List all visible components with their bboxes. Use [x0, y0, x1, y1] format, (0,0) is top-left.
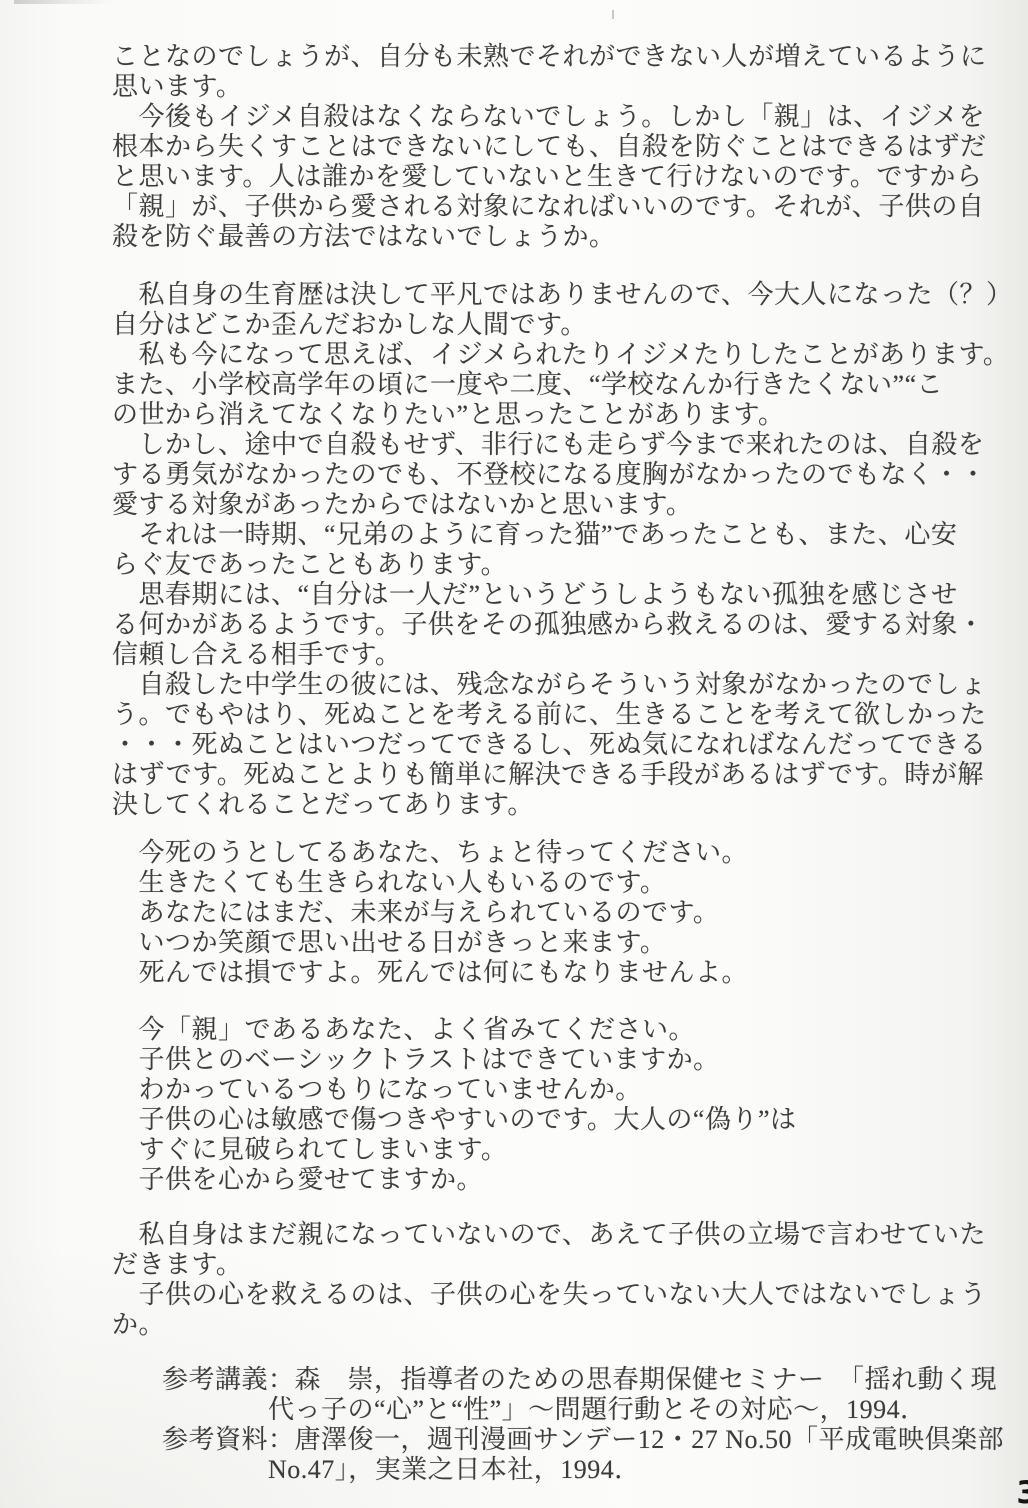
text-line: 殺を防ぐ最善の方法ではないでしょうか。 [112, 222, 1017, 252]
text-line: ことなのでしょうが、自分も未熟でそれができない人が増えているように [112, 42, 1017, 72]
scanned-page: ことなのでしょうが、自分も未熟でそれができない人が増えているように 思います。 … [0, 0, 1028, 1508]
text-line: か。 [112, 1310, 1017, 1340]
text-line: る何かがあるようです。子供をその孤独感から救えるのは、愛する対象・ [112, 610, 1017, 640]
references-block: 参考講義：森 崇，指導者のための思春期保健セミナー 「揺れ動く現 代っ子の“心”… [162, 1365, 1017, 1485]
text-line: 根本から失くすことはできないにしても、自殺を防ぐことはできるはずだ [112, 132, 1017, 162]
text-line: 子供の心を救えるのは、子供の心を失っていない大人ではないでしょう [112, 1280, 1017, 1310]
text-line: 子供を心から愛せてますか。 [112, 1165, 1017, 1195]
text-line: 私自身の生育歴は決して平凡ではありませんので、今大人になった（？） [112, 280, 1017, 310]
text-line: 決してくれることだってあります。 [112, 790, 1017, 820]
scan-artifact-tick [612, 10, 614, 19]
text-line: わかっているつもりになっていませんか。 [112, 1075, 1017, 1105]
closing-block: 私自身はまだ親になっていないので、あえて子供の立場で言わせていた だきます。 子… [112, 1220, 1017, 1340]
text-line: らぐ友であったこともあります。 [112, 550, 1017, 580]
text-line: 思春期には、“自分は一人だ”というどうしようもない孤独を感じさせ [112, 580, 1017, 610]
text-line: また、小学校高学年の頃に一度や二度、“学校なんか行きたくない”“こ [112, 370, 1017, 400]
text-line: 私自身はまだ親になっていないので、あえて子供の立場で言わせていた [112, 1220, 1017, 1250]
text-line: しかし、途中で自殺もせず、非行にも走らず今まで来れたのは、自殺を [112, 430, 1017, 460]
paragraph-block-1: ことなのでしょうが、自分も未熟でそれができない人が増えているように 思います。 … [112, 42, 1017, 252]
text-line: はずです。死ぬことよりも簡単に解決できる手段があるはずです。時が解 [112, 760, 1017, 790]
text-line: 子供とのベーシックトラストはできていますか。 [112, 1045, 1017, 1075]
text-line: の世から消えてなくなりたい”と思ったことがあります。 [112, 400, 1017, 430]
text-line: 自分はどこか歪んだおかしな人間です。 [112, 310, 1017, 340]
text-line: 死んでは損ですよ。死んでは何にもなりませんよ。 [112, 958, 1017, 988]
text-line: 今後もイジメ自殺はなくならないでしょう。しかし「親」は、イジメを [112, 102, 1017, 132]
text-line: 今死のうとしてるあなた、ちょと待ってください。 [112, 838, 1017, 868]
text-column: ことなのでしょうが、自分も未熟でそれができない人が増えているように 思います。 … [112, 42, 1017, 1485]
verse-block-to-parent: 今「親」であるあなた、よく省みてください。 子供とのベーシックトラストはできてい… [112, 1015, 1017, 1195]
text-line: 思います。 [112, 72, 1017, 102]
reference-line: 参考講義：森 崇，指導者のための思春期保健セミナー 「揺れ動く現 [162, 1365, 1017, 1395]
text-line: だきます。 [112, 1250, 1017, 1280]
reference-line: 代っ子の“心”と“性”」～問題行動とその対応～，1994． [162, 1395, 1017, 1425]
text-line: と思います。人は誰かを愛していないと生きて行けないのです。ですから [112, 162, 1017, 192]
text-line: それは一時期、“兄弟のように育った猫”であったことも、また、心安 [112, 520, 1017, 550]
scan-artifact-smudge [14, 0, 122, 4]
text-line: う。でもやはり、死ぬことを考える前に、生きることを考えて欲しかった [112, 700, 1017, 730]
text-line: 今「親」であるあなた、よく省みてください。 [112, 1015, 1017, 1045]
text-line: あなたにはまだ、未来が与えられているのです。 [112, 898, 1017, 928]
text-line: ・・・死ぬことはいつだってできるし、死ぬ気になればなんだってできる [112, 730, 1017, 760]
text-line: 子供の心は敏感で傷つきやすいのです。大人の“偽り”は [112, 1105, 1017, 1135]
text-line: 「親」が、子供から愛される対象になればいいのです。それが、子供の自 [112, 192, 1017, 222]
page-number: 3 [1016, 1475, 1028, 1508]
text-line: する勇気がなかったのでも、不登校になる度胸がなかったのでもなく・・ [112, 460, 1017, 490]
text-line: 愛する対象があったからではないかと思います。 [112, 490, 1017, 520]
text-line: 自殺した中学生の彼には、残念ながらそういう対象がなかったのでしょ [112, 670, 1017, 700]
text-line: いつか笑顔で思い出せる日がきっと来ます。 [112, 928, 1017, 958]
reference-line: 参考資料：唐澤俊一，週刊漫画サンデー12・27 No.50「平成電映倶楽部 [162, 1425, 1017, 1455]
reference-line: No.47」，実業之日本社，1994． [162, 1455, 1017, 1485]
text-line: 生きたくても生きられない人もいるのです。 [112, 868, 1017, 898]
text-line: すぐに見破られてしまいます。 [112, 1135, 1017, 1165]
text-line: 信頼し合える相手です。 [112, 640, 1017, 670]
text-line: 私も今になって思えば、イジメられたりイジメたりしたことがあります。 [112, 340, 1017, 370]
verse-block-to-child: 今死のうとしてるあなた、ちょと待ってください。 生きたくても生きられない人もいる… [112, 838, 1017, 988]
paragraph-block-2: 私自身の生育歴は決して平凡ではありませんので、今大人になった（？） 自分はどこか… [112, 280, 1017, 820]
